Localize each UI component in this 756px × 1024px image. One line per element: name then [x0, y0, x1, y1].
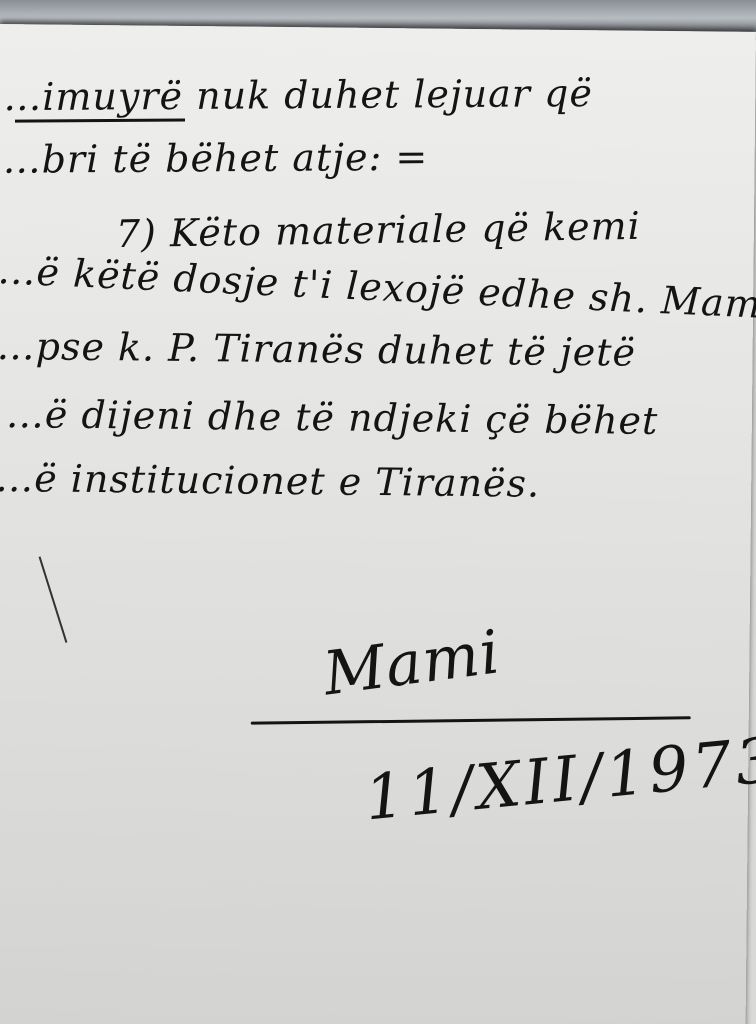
signature-underline	[251, 716, 691, 724]
text-line-7: …ë institucionet e Tiranës.	[0, 456, 540, 506]
text-line-3: 7) Këto materiale që kemi	[116, 204, 642, 256]
text-line-2: …bri të bëhet atje: =	[2, 135, 428, 182]
handwritten-page: …imuyrë nuk duhet lejuar që …bri të bëhe…	[0, 24, 756, 1024]
stray-pen-mark	[39, 556, 68, 642]
underline-stroke	[15, 118, 185, 122]
text-line-6: …ë dijeni dhe të ndjeki çë bëhet	[6, 392, 659, 443]
date: 11/XII/1973	[362, 723, 756, 835]
text-line-4: …ë këtë dosje t'i lexojë edhe sh. Mam…	[0, 248, 756, 328]
signature: Mami	[320, 617, 505, 709]
text-line-5: …pse k. P. Tiranës duhet të jetë	[0, 324, 636, 375]
text-line-1: …imuyrë nuk duhet lejuar që	[3, 71, 593, 119]
